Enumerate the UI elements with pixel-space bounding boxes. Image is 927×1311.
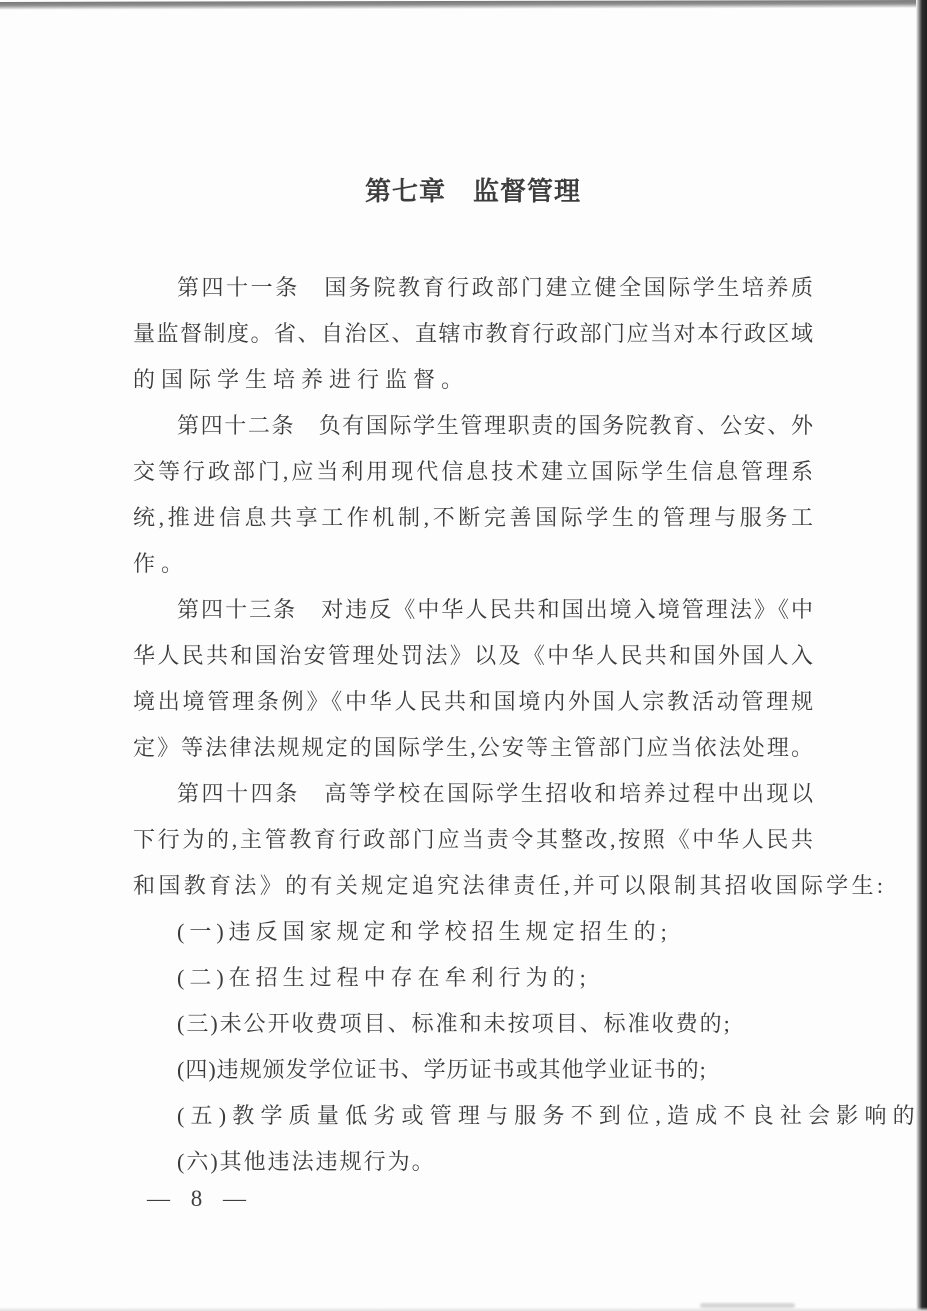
text-line: 和国教育法》的有关规定追究法律责任,并可以限制其招收国际学生: xyxy=(133,863,883,909)
scan-smudge-artifact xyxy=(700,1303,795,1308)
text-line: 第四十二条 负有国际学生管理职责的国务院教育、公安、外 xyxy=(133,403,813,449)
page-content: 第七章 监督管理 第四十一条 国务院教育行政部门建立健全国际学生培养质 量监督制… xyxy=(133,0,813,1219)
text-line: 的国际学生培养进行监督。 xyxy=(133,357,813,403)
text-line: 量监督制度。省、自治区、直辖市教育行政部门应当对本行政区域 xyxy=(133,311,813,357)
list-item-line: (二)在招生过程中存在牟利行为的; xyxy=(133,955,813,1001)
text-line: 第四十一条 国务院教育行政部门建立健全国际学生培养质 xyxy=(133,265,813,311)
article-text-block: 第四十一条 国务院教育行政部门建立健全国际学生培养质 量监督制度。省、自治区、直… xyxy=(133,265,813,1185)
text-line: 交等行政部门,应当利用现代信息技术建立国际学生信息管理系 xyxy=(133,449,813,495)
text-line: 统,推进信息共享工作机制,不断完善国际学生的管理与服务工 xyxy=(133,495,813,541)
text-line: 第四十三条 对违反《中华人民共和国出境入境管理法》《中 xyxy=(133,587,813,633)
text-line: 华人民共和国治安管理处罚法》以及《中华人民共和国外国人入 xyxy=(133,633,813,679)
list-item-line: (三)未公开收费项目、标准和未按项目、标准收费的; xyxy=(133,1001,813,1047)
text-line: 第四十四条 高等学校在国际学生招收和培养过程中出现以 xyxy=(133,771,813,817)
chapter-title: 第七章 监督管理 xyxy=(133,173,813,209)
list-item-line: (五)教学质量低劣或管理与服务不到位,造成不良社会影响的; xyxy=(133,1093,927,1139)
text-line: 下行为的,主管教育行政部门应当责令其整改,按照《中华人民共 xyxy=(133,817,813,863)
text-line: 定》等法律法规规定的国际学生,公安等主管部门应当依法处理。 xyxy=(133,725,813,771)
scanned-document-page: 第七章 监督管理 第四十一条 国务院教育行政部门建立健全国际学生培养质 量监督制… xyxy=(0,0,927,1311)
text-line: 境出境管理条例》《中华人民共和国境内外国人宗教活动管理规 xyxy=(133,679,813,725)
scan-right-edge-artifact xyxy=(916,0,927,1311)
list-item-line: (四)违规颁发学位证书、学历证书或其他学业证书的; xyxy=(133,1047,813,1093)
text-line: 作。 xyxy=(133,541,813,587)
page-number: — 8 — xyxy=(133,1179,813,1219)
list-item-line: (一)违反国家规定和学校招生规定招生的; xyxy=(133,909,813,955)
